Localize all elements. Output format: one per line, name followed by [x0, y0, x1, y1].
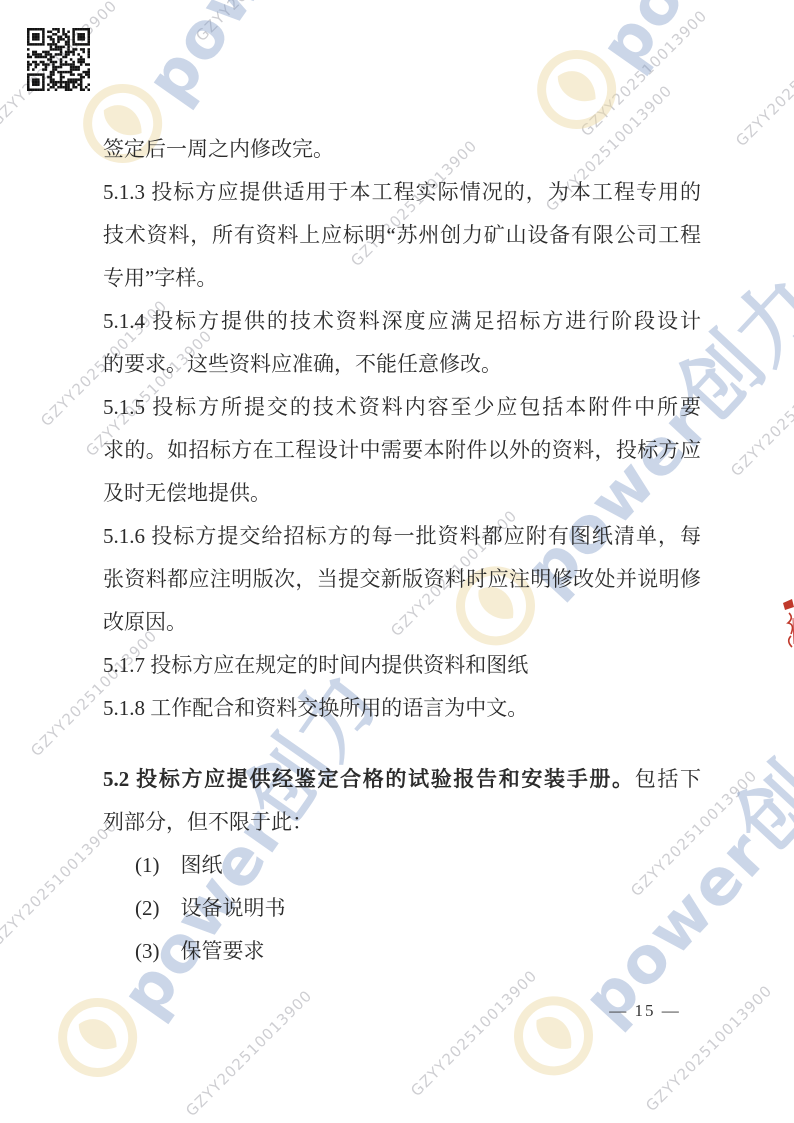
doc-line: 5.1.7 投标方应在规定的时间内提供资料和图纸: [103, 644, 701, 687]
doc-line: 5.1.5 投标方所提交的技术资料内容至少应包括本附件中所要: [103, 386, 701, 429]
brand-logo-icon: [494, 977, 616, 1099]
serial-watermark: GZYY202510013900: [192, 0, 325, 45]
doc-line: 及时无偿地提供。: [103, 472, 701, 515]
doc-line: 5.1.8 工作配合和资料交换所用的语言为中文。: [103, 687, 701, 730]
red-edge-mark: [780, 598, 794, 652]
doc-line: 专用”字样。: [103, 257, 701, 300]
doc-line: (1) 图纸: [103, 844, 701, 887]
doc-line: 改原因。: [103, 601, 701, 644]
doc-line: 张资料都应注明版次，当提交新版资料时应注明修改处并说明修: [103, 558, 701, 601]
doc-text-block: 签定后一周之内修改完。5.1.3 投标方应提供适用于本工程实际情况的，为本工程专…: [103, 128, 701, 973]
serial-watermark: GZYY202510013900: [577, 7, 710, 140]
serial-watermark: GZYY202510013900: [732, 17, 794, 150]
serial-watermark: GZYY202510013900: [727, 347, 794, 480]
doc-line: 签定后一周之内修改完。: [103, 128, 701, 171]
document-page: GZYY202510013900GZYY202510013900GZYY2025…: [0, 0, 794, 1123]
doc-line: 的要求。这些资料应准确，不能任意修改。: [103, 343, 701, 386]
doc-line: 5.1.4 投标方提供的技术资料深度应满足招标方进行阶段设计: [103, 300, 701, 343]
doc-line: 列部分，但不限于此：: [103, 801, 701, 844]
brand-logo-icon: [39, 979, 160, 1099]
qr-code: [27, 28, 90, 91]
doc-line: 求的。如招标方在工程设计中需要本附件以外的资料，投标方应: [103, 429, 701, 472]
doc-line: 技术资料，所有资料上应标明“苏州创力矿山设备有限公司工程: [103, 214, 701, 257]
brand-watermark-text: power创力: [558, 0, 794, 86]
serial-watermark: GZYY202510013900: [407, 967, 540, 1100]
doc-line: 5.1.3 投标方应提供适用于本工程实际情况的，为本工程专用的: [103, 171, 701, 214]
doc-line: 5.1.6 投标方提交给招标方的每一批资料都应附有图纸清单，每: [103, 515, 701, 558]
doc-line: (3) 保管要求: [103, 930, 701, 973]
doc-line: 5.2 投标方应提供经鉴定合格的试验报告和安装手册。包括下: [103, 758, 701, 801]
serial-watermark: GZYY202510013900: [182, 987, 315, 1120]
page-number: — 15 —: [580, 1001, 710, 1021]
doc-line-normal-segment: 包括下: [635, 767, 701, 791]
doc-line-bold-segment: 5.2 投标方应提供经鉴定合格的试验报告和安装手册。: [103, 767, 635, 791]
doc-line: (2) 设备说明书: [103, 887, 701, 930]
brand-watermark-text: power创力: [104, 0, 424, 120]
